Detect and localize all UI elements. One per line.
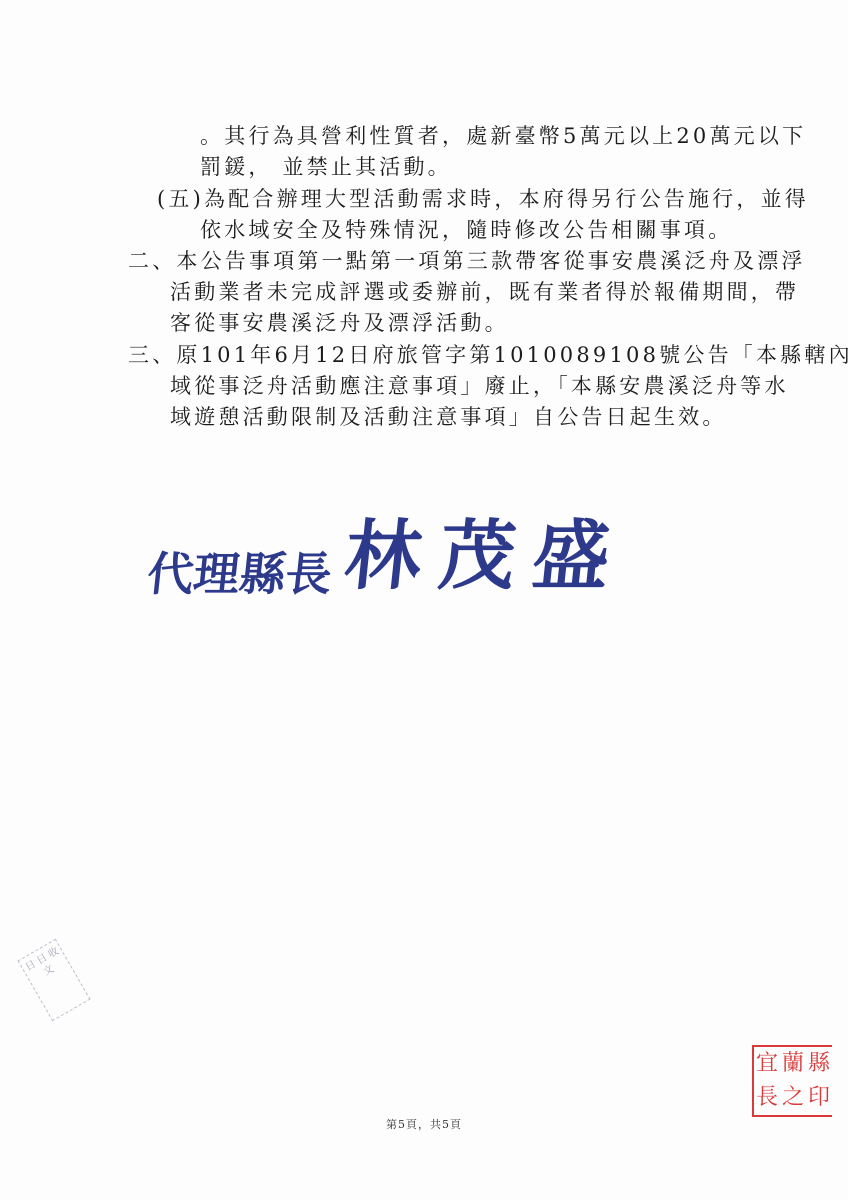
document-page: 。其行為具營利性質者，處新臺幣5萬元以上20萬元以下 罰鍰， 並禁止其活動。 (… bbox=[0, 0, 848, 1200]
seal-char: 宜 bbox=[754, 1047, 780, 1081]
receipt-stamp-text: 日 日 收文 bbox=[24, 946, 61, 978]
seal-char: 蘭 bbox=[780, 1047, 806, 1081]
official-seal-icon: 宜 蘭 縣 長 之 印 bbox=[752, 1045, 832, 1117]
text-line-2: 罰鍰， 並禁止其活動。 bbox=[200, 153, 452, 181]
text-line-3: (五)為配合辦理大型活動需求時，本府得另行公告施行，並得 bbox=[157, 185, 809, 213]
page-number: 第5頁，共5頁 bbox=[0, 1116, 848, 1132]
signature-title: 代理縣長 bbox=[145, 538, 336, 604]
seal-char: 印 bbox=[806, 1081, 832, 1115]
text-line-10: 域遊憩活動限制及活動注意事項」自公告日起生效。 bbox=[170, 403, 727, 431]
text-line-9: 域從事泛舟活動應注意事項」廢止，「本縣安農溪泛舟等水 bbox=[170, 372, 789, 400]
signature-name: 林茂盛 bbox=[340, 495, 633, 604]
text-line-8: 三、原101年6月12日府旅管字第1010089108號公告「本縣轄內水 bbox=[128, 341, 848, 369]
seal-char: 長 bbox=[754, 1081, 780, 1115]
receipt-stamp-icon: 日 日 收文 bbox=[17, 939, 90, 1022]
text-line-1: 。其行為具營利性質者，處新臺幣5萬元以上20萬元以下 bbox=[200, 122, 806, 150]
seal-char: 縣 bbox=[806, 1047, 832, 1081]
text-line-4: 依水域安全及特殊情況，隨時修改公告相關事項。 bbox=[200, 216, 732, 244]
text-line-5: 二、本公告事項第一點第一項第三款帶客從事安農溪泛舟及漂浮 bbox=[128, 247, 806, 275]
text-line-7: 客從事安農溪泛舟及漂浮活動。 bbox=[170, 309, 509, 337]
text-line-6: 活動業者未完成評選或委辦前，既有業者得於報備期間，帶 bbox=[170, 278, 799, 306]
signature-stamp: 代理縣長林茂盛 bbox=[148, 495, 628, 604]
seal-char: 之 bbox=[780, 1081, 806, 1115]
